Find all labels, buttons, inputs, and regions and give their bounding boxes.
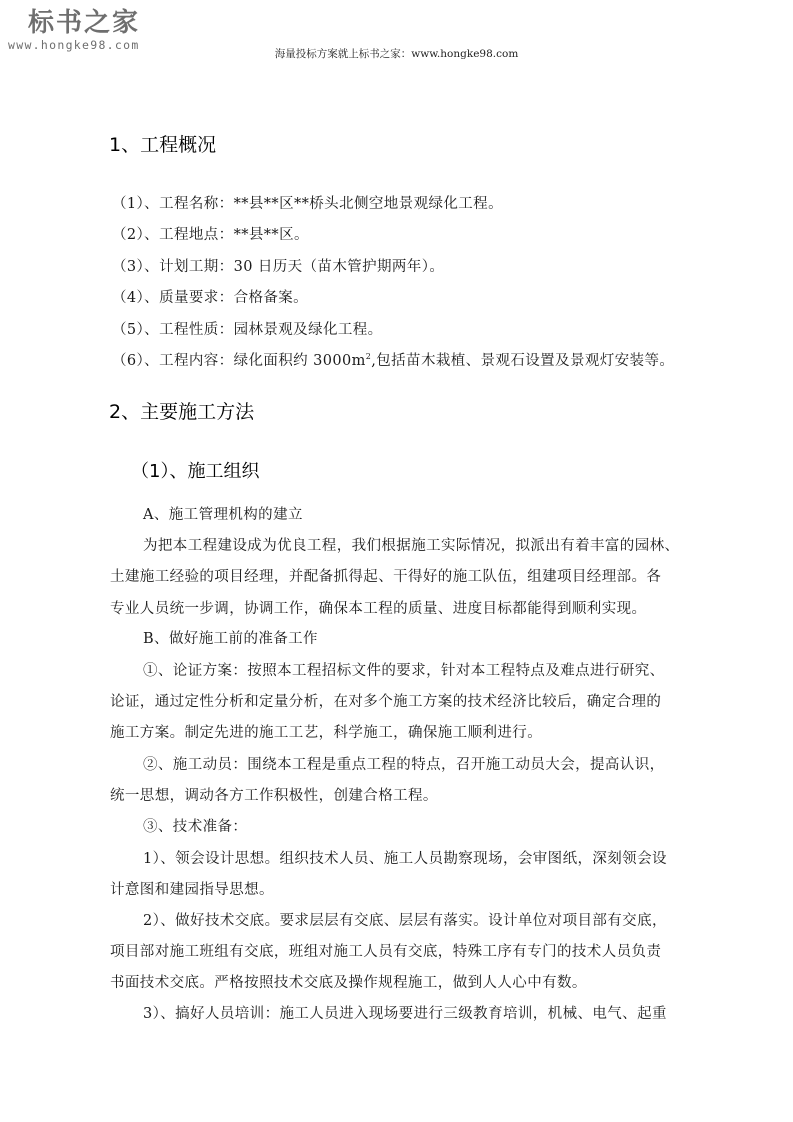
overview-item-6-prefix: （6）、工程内容：绿化面积约 3000m — [112, 353, 366, 369]
paragraph-line: 书面技术交底。严格按照技术交底及操作规程施工，做到人人心中有数。 — [110, 971, 587, 992]
paragraph-line: 为把本工程建设成为优良工程，我们根据施工实际情况，拟派出有着丰富的园林、 — [143, 534, 679, 555]
subsection-1-heading: （1）、施工组织 — [131, 457, 259, 483]
paragraph-line: 1）、领会设计思想。组织技术人员、施工人员勘察现场，会审图纸，深刻领会设 — [143, 847, 667, 868]
paragraph-line: 专业人员统一步调，协调工作，确保本工程的质量、进度目标都能得到顺利实现。 — [110, 597, 646, 618]
item-b-title: B、做好施工前的准备工作 — [143, 627, 318, 648]
paragraph-line: 3）、搞好人员培训：施工人员进入现场要进行三级教育培训，机械、电气、起重 — [143, 1002, 667, 1023]
paragraph-line: 2）、做好技术交底。要求层层有交底、层层有落实。设计单位对项目部有交底， — [143, 909, 667, 930]
item-a-title: A、施工管理机构的建立 — [143, 503, 303, 524]
overview-item-6: （6）、工程内容：绿化面积约 3000m2,包括苗木栽植、景观石设置及景观灯安装… — [112, 349, 674, 370]
paragraph-line: ②、施工动员：围绕本工程是重点工程的特点，召开施工动员大会，提高认识， — [143, 753, 665, 774]
paragraph-line: ①、论证方案：按照本工程招标文件的要求，针对本工程特点及难点进行研究、 — [143, 659, 665, 680]
overview-item-5: （5）、工程性质：园林景观及绿化工程。 — [112, 318, 383, 339]
page-header: 海量投标方案就上标书之家：www.hongke98.com — [0, 46, 793, 61]
paragraph-line: 土建施工经验的项目经理，并配备抓得起、干得好的施工队伍，组建项目经理部。各 — [110, 565, 661, 586]
section-2-heading: 2、主要施工方法 — [109, 397, 254, 424]
overview-item-4: （4）、质量要求：合格备案。 — [112, 286, 308, 307]
overview-item-1: （1）、工程名称：**县**区**桥头北侧空地景观绿化工程。 — [112, 192, 503, 213]
paragraph-line: 项目部对施工班组有交底，班组对施工人员有交底，特殊工序有专门的技术人员负责 — [110, 940, 661, 961]
paragraph-line: 论证，通过定性分析和定量分析，在对多个施工方案的技术经济比较后，确定合理的 — [110, 690, 661, 711]
logo-title: 标书之家 — [28, 6, 140, 40]
section-1-heading: 1、工程概况 — [109, 130, 216, 157]
paragraph-line: 统一思想，调动各方工作积极性，创建合格工程。 — [110, 784, 438, 805]
overview-item-2: （2）、工程地点：**县**区。 — [112, 223, 309, 244]
item-b3-title: ③、技术准备： — [143, 815, 247, 836]
overview-item-6-suffix: ,包括苗木栽植、景观石设置及景观灯安装等。 — [371, 353, 674, 369]
paragraph-line: 施工方案。制定先进的施工工艺，科学施工，确保施工顺利进行。 — [110, 721, 542, 742]
overview-item-3: （3）、计划工期：30 日历天（苗木管护期两年）。 — [112, 255, 444, 276]
paragraph-line: 计意图和建园指导思想。 — [110, 878, 274, 899]
